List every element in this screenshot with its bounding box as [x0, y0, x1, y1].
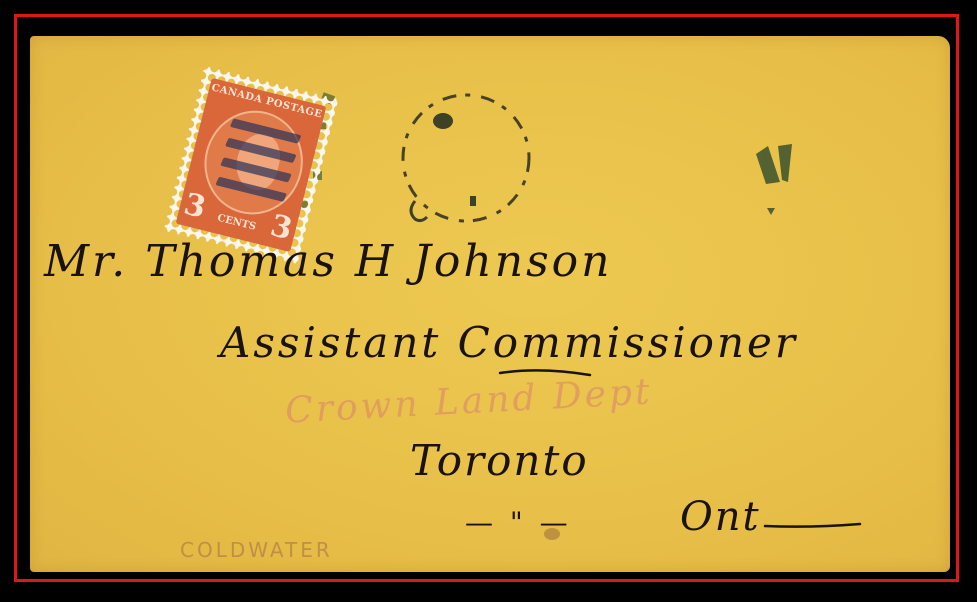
postmark-circle [403, 95, 529, 221]
origin-pencil-note: COLDWATER [180, 538, 333, 562]
pencil-department-note: Crown Land Dept [284, 371, 653, 431]
address-separator: — " — [465, 506, 572, 539]
address-province: Ont [680, 494, 761, 540]
postal-markings [30, 36, 950, 572]
envelope: CANADA POSTAGE 3 CENTS 3 Mr. Thomas H Jo… [30, 36, 950, 572]
address-city: Toronto [410, 436, 589, 485]
address-recipient-name: Mr. Thomas H Johnson [44, 236, 613, 287]
postage-stamp: CANADA POSTAGE 3 CENTS 3 [163, 66, 338, 264]
address-title: Assistant Commissioner [220, 318, 798, 367]
